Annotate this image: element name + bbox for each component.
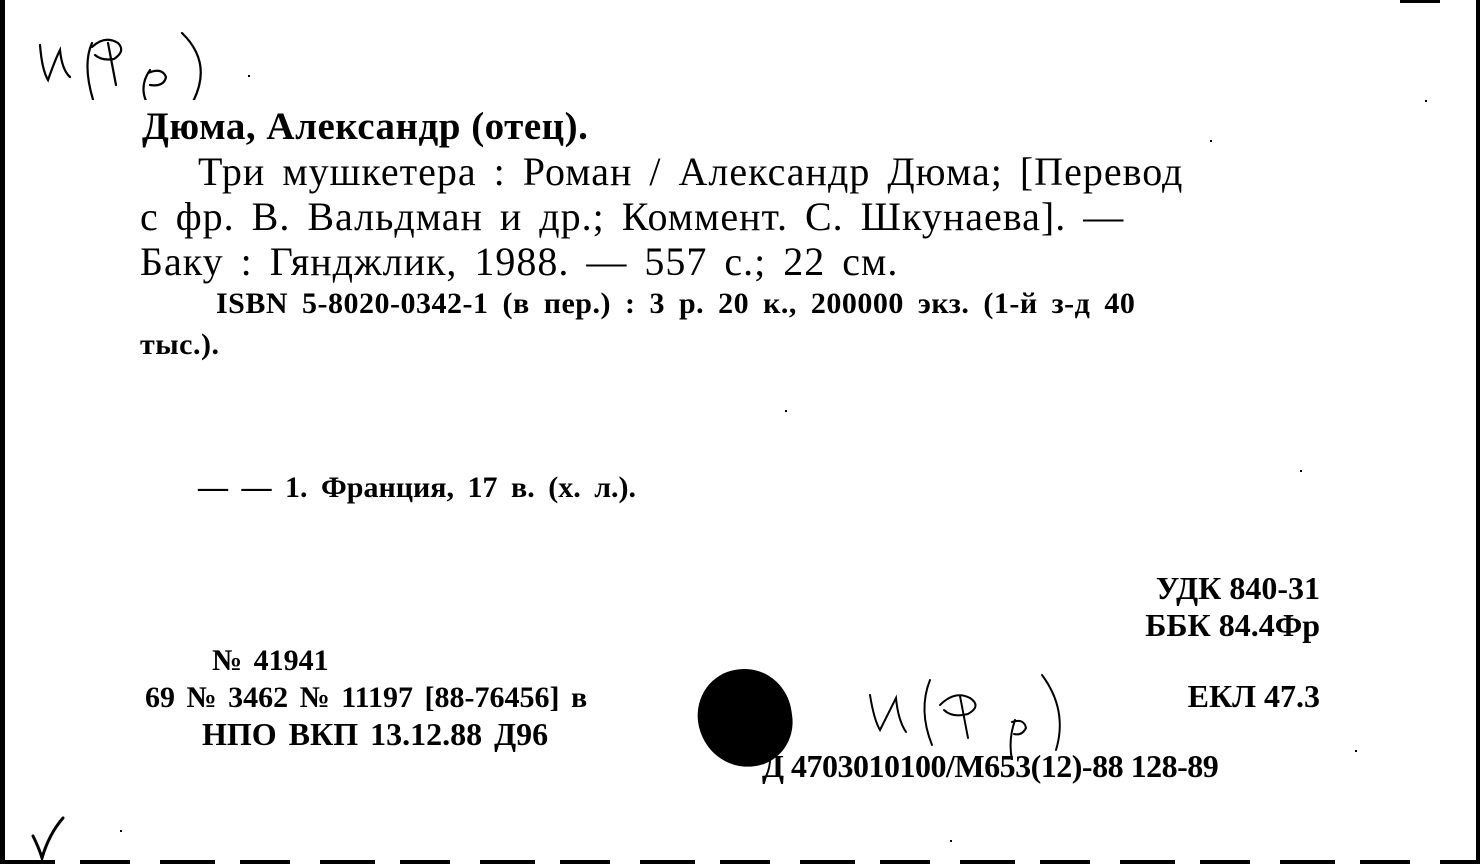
scan-speck: [120, 830, 122, 832]
scan-edge-right: [1476, 0, 1480, 864]
scan-speck: [1210, 140, 1212, 142]
handwritten-note-middle-icon: [840, 670, 1080, 760]
publisher-code: Д 4703010100/М653(12)-88 128-89: [762, 750, 1218, 782]
description-line-3: Баку : Гянджлик, 1988. — 557 с.; 22 см.: [140, 242, 898, 282]
registration-line-1: № 41941: [212, 646, 329, 676]
isbn-line-1: ISBN 5-8020-0342-1 (в пер.) : 3 р. 20 к.…: [216, 289, 1135, 319]
scan-speck: [950, 840, 952, 842]
subject-heading: — — 1. Франция, 17 в. (х. л.).: [198, 473, 636, 503]
scan-speck: [1355, 750, 1357, 752]
scan-speck: [1300, 470, 1302, 472]
scan-speck: [1425, 100, 1427, 102]
udk-code: УДК 840-31: [1156, 572, 1320, 604]
scan-edge-left: [0, 0, 5, 864]
scan-edge-top: [1400, 0, 1440, 3]
isbn-line-2: тыс.).: [140, 330, 219, 360]
description-line-1: Три мушкетера : Роман / Александр Дюма; …: [198, 152, 1183, 192]
checkmark-icon: [25, 814, 85, 864]
description-line-2: с фр. В. Вальдман и др.; Коммент. С. Шку…: [140, 197, 1124, 237]
scan-speck: [785, 410, 787, 412]
catalog-card: Дюма, Александр (отец). Три мушкетера : …: [0, 0, 1480, 864]
registration-line-3: НПО ВКП 13.12.88 Д96: [202, 718, 548, 750]
author-heading: Дюма, Александр (отец).: [142, 107, 588, 146]
registration-line-2: 69 № 3462 № 11197 [88-76456] в: [145, 683, 587, 713]
scan-speck: [248, 75, 250, 77]
handwritten-note-icon: [30, 15, 210, 100]
ekl-code: ЕКЛ 47.3: [1188, 680, 1320, 712]
scan-edge-bottom: [0, 860, 1480, 864]
bbk-code: ББК 84.4Фр: [1145, 609, 1320, 641]
